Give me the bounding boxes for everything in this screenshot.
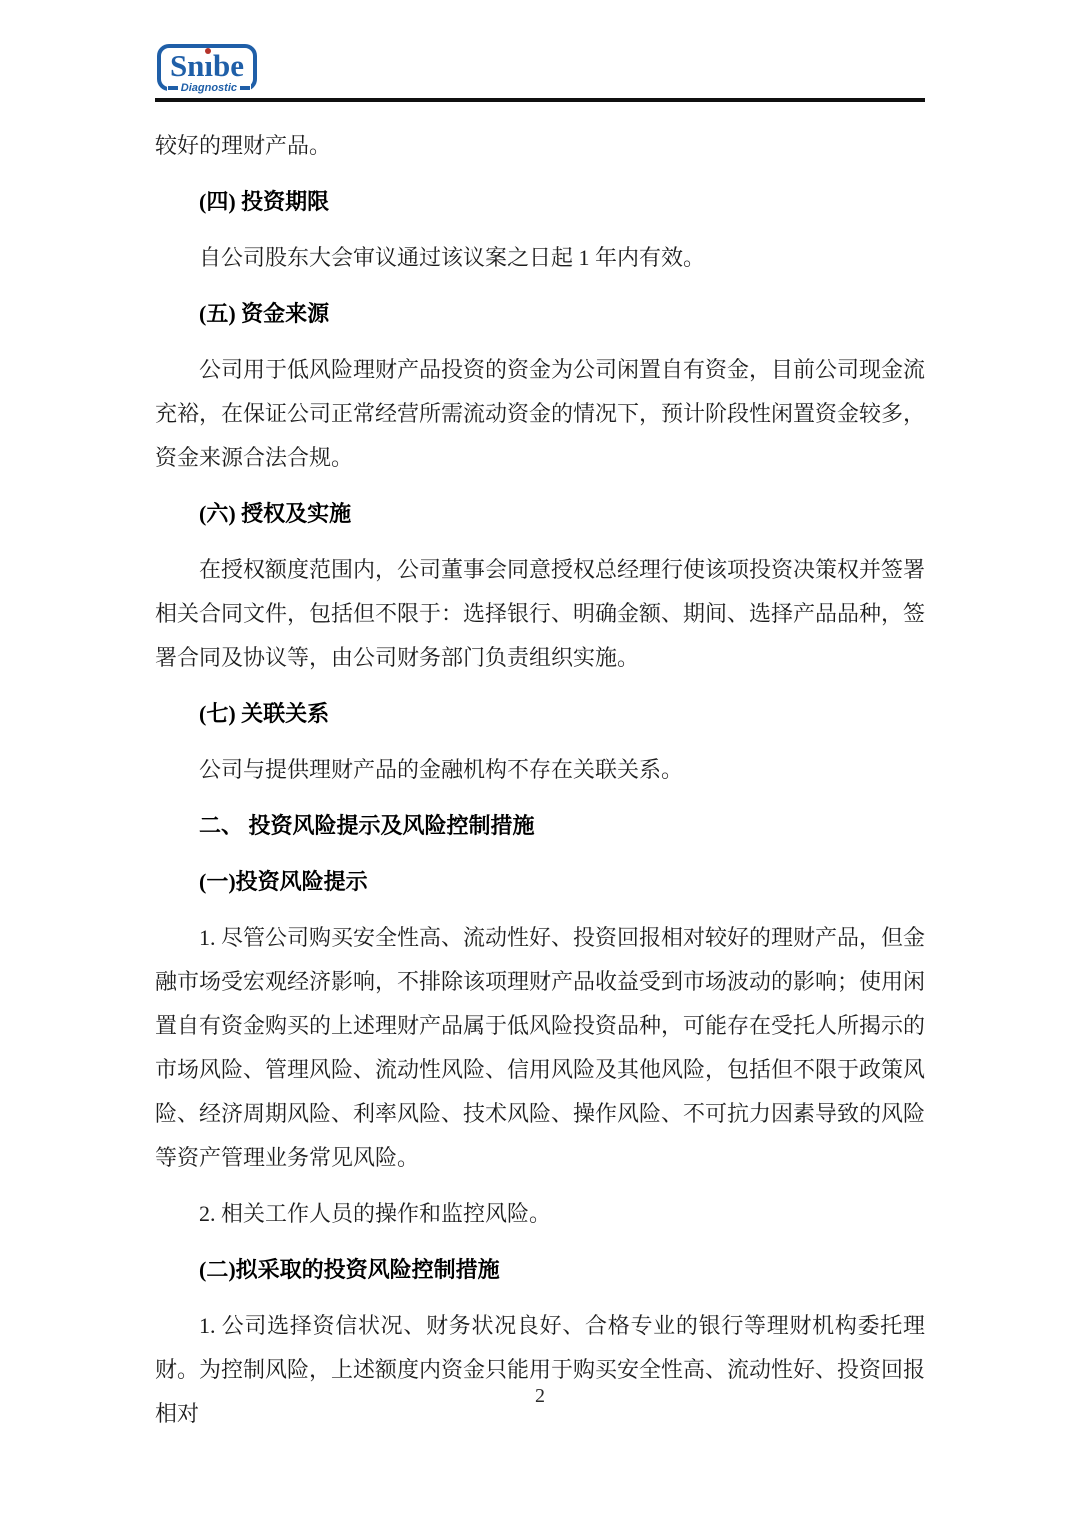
- logo-wordmark: Snıbe: [161, 48, 253, 84]
- page-number: 2: [0, 1385, 1080, 1408]
- snibe-logo: Snıbe Diagnostic: [157, 44, 257, 91]
- logo-text-prefix: Sn: [170, 48, 204, 83]
- document-header: Snıbe Diagnostic: [155, 0, 925, 102]
- section-heading: (四) 投资期限: [155, 180, 925, 224]
- section-heading: 二、 投资风险提示及风险控制措施: [155, 804, 925, 848]
- body-paragraph: 1. 公司选择资信状况、财务状况良好、合格专业的银行等理财机构委托理财。为控制风…: [155, 1304, 925, 1436]
- body-paragraph: 1. 尽管公司购买安全性高、流动性好、投资回报相对较好的理财产品，但金融市场受宏…: [155, 916, 925, 1180]
- logo-subtitle-row: Diagnostic: [167, 82, 251, 94]
- body-paragraph: 在授权额度范围内，公司董事会同意授权总经理行使该项投资决策权并签署相关合同文件，…: [155, 548, 925, 680]
- body-paragraph: 2. 相关工作人员的操作和监控风险。: [155, 1192, 925, 1236]
- document-page: Snıbe Diagnostic 较好的理财产品。(四) 投资期限自公司股东大会…: [0, 0, 1080, 1436]
- section-heading: (六) 授权及实施: [155, 492, 925, 536]
- section-heading: (一)投资风险提示: [155, 860, 925, 904]
- logo-text-suffix: be: [213, 48, 244, 83]
- logo-subtitle: Diagnostic: [181, 82, 237, 94]
- document-body: 较好的理财产品。(四) 投资期限自公司股东大会审议通过该议案之日起 1 年内有效…: [155, 102, 925, 1436]
- section-heading: (二)拟采取的投资风险控制措施: [155, 1248, 925, 1292]
- body-paragraph: 较好的理财产品。: [155, 124, 925, 168]
- body-paragraph: 公司用于低风险理财产品投资的资金为公司闲置自有资金，目前公司现金流充裕，在保证公…: [155, 348, 925, 480]
- logo-dotless-i: ı: [204, 48, 213, 84]
- logo-bar-left: [168, 86, 178, 90]
- body-paragraph: 公司与提供理财产品的金融机构不存在关联关系。: [155, 748, 925, 792]
- logo-bar-right: [240, 86, 250, 90]
- section-heading: (七) 关联关系: [155, 692, 925, 736]
- body-paragraph: 自公司股东大会审议通过该议案之日起 1 年内有效。: [155, 236, 925, 280]
- section-heading: (五) 资金来源: [155, 292, 925, 336]
